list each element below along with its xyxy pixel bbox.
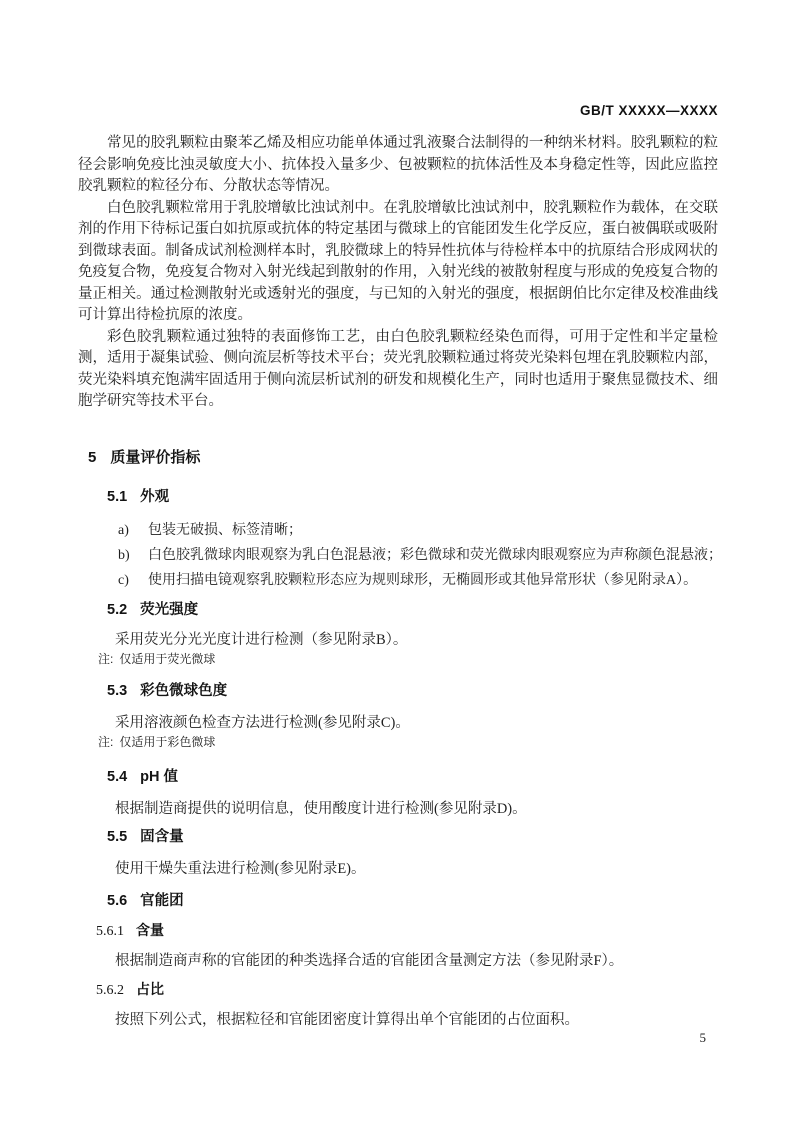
item-text: 白色胶乳微球肉眼观察为乳白色混悬液；彩色微球和荧光微球肉眼观察应为声称颜色混悬液… <box>148 543 722 568</box>
list-item-c: c) 使用扫描电镜观察乳胶颗粒形态应为规则球形，无椭圆形或其他异常形状（参见附录… <box>118 568 718 593</box>
page-number: 5 <box>700 1030 707 1046</box>
clause-title: 荧光强度 <box>140 602 198 618</box>
clause-number: 5.6.1 <box>96 924 124 939</box>
clause-title: 官能团 <box>140 893 184 909</box>
document-page: GB/T XXXXX—XXXX 常见的胶乳颗粒由聚苯乙烯及相应功能单体通过乳液聚… <box>0 0 793 1122</box>
clause-number: 5.3 <box>107 683 127 699</box>
clause-5-2-heading: 5.2荧光强度 <box>107 601 718 619</box>
list-item-a: a) 包装无破损、标签清晰； <box>118 518 718 543</box>
clause-5-3-body: 采用溶液颜色检查方法进行检测(参见附录C)。 <box>78 713 718 733</box>
clause-title: 外观 <box>140 489 169 505</box>
item-text: 使用扫描电镜观察乳胶颗粒形态应为规则球形，无椭圆形或其他异常形状（参见附录A）。 <box>148 568 697 593</box>
intro-section: 常见的胶乳颗粒由聚苯乙烯及相应功能单体通过乳液聚合法制得的一种纳米材料。胶乳颗粒… <box>78 133 718 413</box>
clause-5-4-body: 根据制造商提供的说明信息，使用酸度计进行检测(参见附录D)。 <box>78 799 718 819</box>
note-label: 注: <box>98 652 113 666</box>
list-item-b: b) 白色胶乳微球肉眼观察为乳白色混悬液；彩色微球和荧光微球肉眼观察应为声称颜色… <box>118 543 718 568</box>
clause-title: 含量 <box>136 922 164 938</box>
clause-5-6-2-body: 按照下列公式，根据粒径和官能团密度计算得出单个官能团的占位面积。 <box>78 1010 718 1030</box>
item-marker: b) <box>118 543 148 568</box>
clause-5-6-1-body: 根据制造商声称的官能团的种类选择合适的官能团含量测定方法（参见附录F）。 <box>78 951 718 971</box>
intro-paragraph-1: 常见的胶乳颗粒由聚苯乙烯及相应功能单体通过乳液聚合法制得的一种纳米材料。胶乳颗粒… <box>78 133 718 198</box>
intro-paragraph-2: 白色胶乳颗粒常用于乳胶增敏比浊试剂中。在乳胶增敏比浊试剂中，胶乳颗粒作为载体，在… <box>78 198 718 327</box>
note-text: 仅适用于彩色微球 <box>119 735 215 749</box>
clause-title: pH 值 <box>140 769 178 785</box>
appearance-requirement-list: a) 包装无破损、标签清晰； b) 白色胶乳微球肉眼观察为乳白色混悬液；彩色微球… <box>78 518 718 593</box>
item-marker: c) <box>118 568 148 593</box>
intro-paragraph-3: 彩色胶乳颗粒通过独特的表面修饰工艺，由白色胶乳颗粒经染色而得，可用于定性和半定量… <box>78 327 718 413</box>
clause-5-2-body: 采用荧光分光光度计进行检测（参见附录B）。 <box>78 630 718 650</box>
clause-5-6-1-heading: 5.6.1含量 <box>96 921 718 941</box>
clause-number: 5.6 <box>107 893 127 909</box>
clause-title: 占比 <box>136 981 164 997</box>
clause-5-4-heading: 5.4pH 值 <box>107 768 718 786</box>
clause-5-2-note: 注:仅适用于荧光微球 <box>98 651 718 668</box>
note-text: 仅适用于荧光微球 <box>119 652 215 666</box>
item-text: 包装无破损、标签清晰； <box>148 518 302 543</box>
clause-title: 固含量 <box>140 829 184 845</box>
clause-5-5-body: 使用干燥失重法进行检测(参见附录E)。 <box>78 859 718 879</box>
clause-number: 5 <box>88 449 96 466</box>
clause-title: 彩色微球色度 <box>140 683 227 699</box>
clause-number: 5.4 <box>107 769 127 785</box>
document-header: GB/T XXXXX—XXXX <box>78 102 718 119</box>
clause-5-5-heading: 5.5固含量 <box>107 828 718 846</box>
clause-number: 5.1 <box>107 489 127 505</box>
clause-5-3-note: 注:仅适用于彩色微球 <box>98 734 718 751</box>
clause-5-6-heading: 5.6官能团 <box>107 892 718 910</box>
note-label: 注: <box>98 735 113 749</box>
item-marker: a) <box>118 518 148 543</box>
clause-number: 5.2 <box>107 602 127 618</box>
clause-5-heading: 5质量评价指标 <box>88 448 718 468</box>
clause-number: 5.5 <box>107 829 127 845</box>
standard-number: GB/T XXXXX—XXXX <box>580 103 718 118</box>
clause-5-3-heading: 5.3彩色微球色度 <box>107 682 718 700</box>
clause-5-6-2-heading: 5.6.2占比 <box>96 980 718 1000</box>
clause-title: 质量评价指标 <box>110 449 200 466</box>
clause-5-1-heading: 5.1外观 <box>107 488 718 506</box>
clause-number: 5.6.2 <box>96 983 124 998</box>
